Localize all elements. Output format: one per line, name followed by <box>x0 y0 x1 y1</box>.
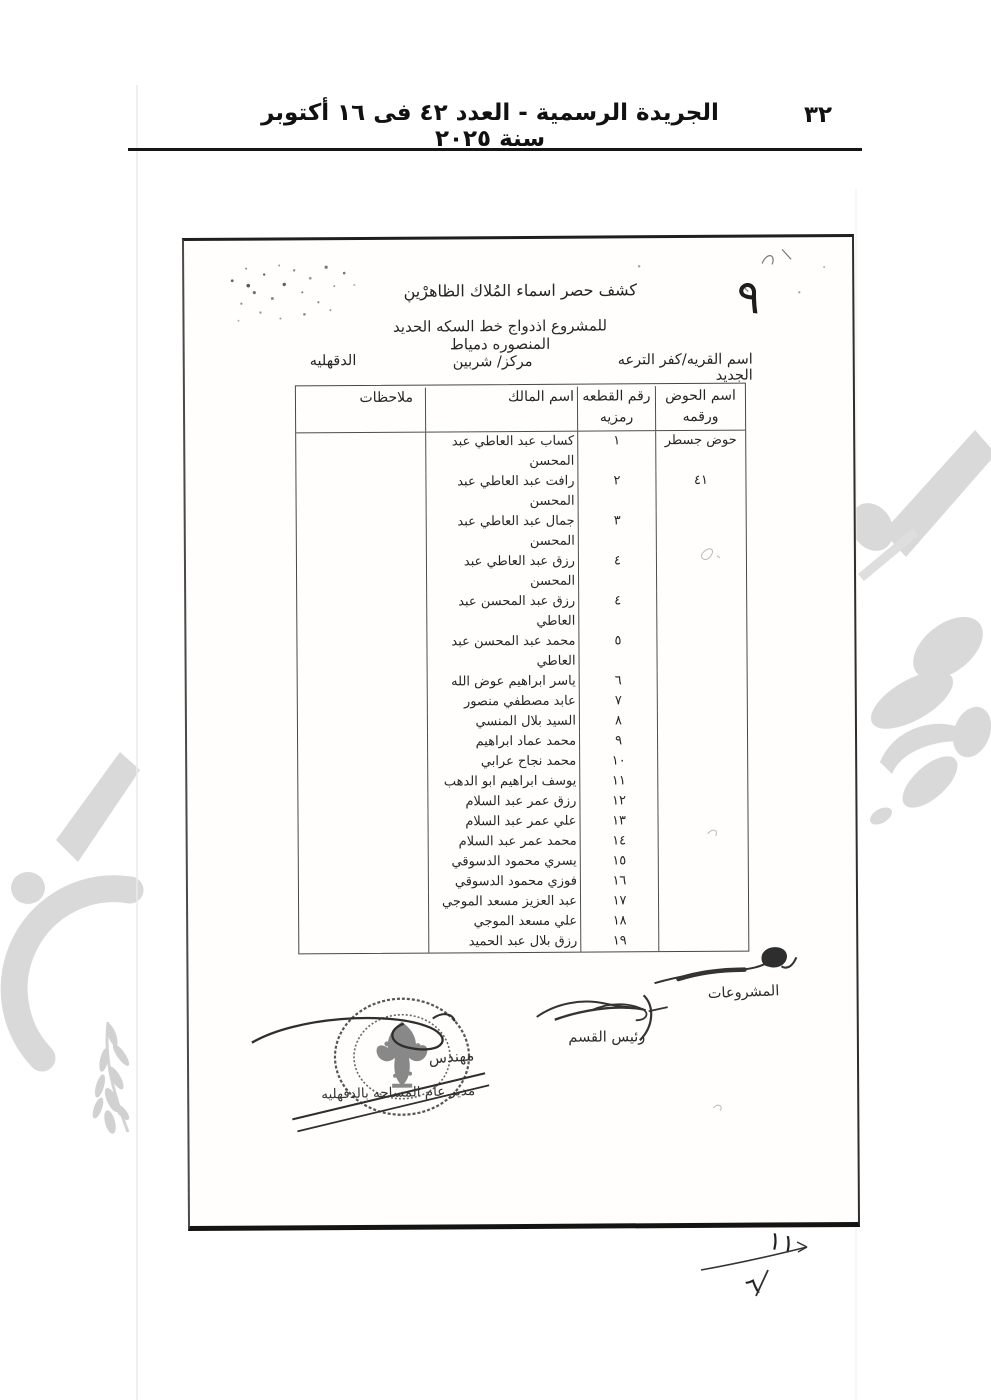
notes-cell <box>298 773 427 794</box>
basin-cell <box>658 851 748 872</box>
plot-number-cell: ١٩ <box>580 931 658 951</box>
notes-cell <box>299 893 428 914</box>
table-row: ٨ السيد بلال المنسي <box>298 711 747 734</box>
plot-number-cell: ١٦ <box>580 871 658 891</box>
engineer-note-text: مهندس <box>428 1046 475 1067</box>
table-row: ١٦ فوزي محمود الدسوقي <box>299 871 748 894</box>
gazette-header-title: الجريدة الرسمية - العدد ٤٢ فى ١٦ أكتوبر … <box>235 100 745 152</box>
table-row: ٥ محمد عبد المحسن عبد العاطي <box>297 631 746 674</box>
notes-cell <box>299 833 428 854</box>
owner-name-cell: علي مسعد الموجي <box>428 912 580 933</box>
plot-number-cell: ١ <box>577 431 655 471</box>
notes-cell <box>297 513 426 554</box>
notes-cell <box>298 733 427 754</box>
table-row: ١٠ محمد نجاح عرابي <box>298 751 747 774</box>
notes-cell <box>297 593 426 634</box>
basin-cell <box>658 891 748 912</box>
notes-cell <box>299 933 428 954</box>
basin-cell <box>657 711 747 732</box>
table-row: ٣ جمال عبد العاطي عبد المحسن <box>297 511 746 554</box>
plot-number-cell: ٧ <box>579 691 657 711</box>
owner-name-cell: ياسر ابراهيم عوض الله <box>427 672 579 693</box>
table-row: ١٢ رزق عمر عبد السلام <box>298 791 747 814</box>
basin-cell <box>656 511 746 552</box>
basin-cell <box>658 911 748 932</box>
plot-number-cell: ١٣ <box>579 811 657 831</box>
laurel-branch-watermark <box>90 1022 131 1135</box>
basin-cell <box>657 751 747 772</box>
owner-name-cell: عبد العزيز مسعد الموجي <box>428 892 580 913</box>
plot-number-cell: ٩ <box>579 731 657 751</box>
scanned-document: كشف حصر اسماء المُلاك الظاهرْين للمشروع … <box>182 234 860 1231</box>
notes-cell <box>298 753 427 774</box>
section-head-label: رئيس القسم <box>567 1029 647 1045</box>
notes-cell <box>299 873 428 894</box>
plot-number-cell: ١٤ <box>580 831 658 851</box>
table-row: ٤١ ٢ رافت عبد العاطي عبد المحسن <box>296 471 745 514</box>
owner-name-cell: علي عمر عبد السلام <box>427 812 579 833</box>
header-basin: اسم الحوض ورقمه <box>655 386 745 431</box>
basin-cell <box>657 791 747 812</box>
table-row: ١٧ عبد العزيز مسعد الموجي <box>299 891 748 914</box>
owner-name-cell: فوزي محمود الدسوقي <box>428 872 580 893</box>
plot-number-cell: ١٢ <box>579 791 657 811</box>
basin-cell <box>658 871 748 892</box>
basin-cell: ٤١ <box>655 471 745 512</box>
owner-name-cell: محمد عمر عبد السلام <box>428 832 580 853</box>
owner-name-cell: رافت عبد العاطي عبد المحسن <box>425 472 577 513</box>
basin-cell <box>656 551 746 592</box>
table-row: ٤ رزق عبد المحسن عبد العاطي <box>297 591 746 634</box>
plot-number-cell: ٤ <box>578 591 656 631</box>
owner-name-cell: رزق عمر عبد السلام <box>427 792 579 813</box>
plot-number-cell: ٨ <box>579 711 657 731</box>
basin-cell <box>657 671 747 692</box>
table-row: ١١ يوسف ابراهيم ابو الدهب <box>298 771 747 794</box>
projects-label: المشروعات <box>703 983 784 1002</box>
owner-name-cell: محمد عبد المحسن عبد العاطي <box>426 632 578 673</box>
owner-name-cell: جمال عبد العاطي عبد المحسن <box>426 512 578 553</box>
notes-cell <box>296 433 425 474</box>
gazette-page: { "colors": { "ink": "#222222", "waterma… <box>0 0 991 1400</box>
table-row: ١٣ علي عمر عبد السلام <box>298 811 747 834</box>
plot-number-cell: ١٨ <box>580 911 658 931</box>
handwritten-page-mark: ٩ <box>734 272 763 320</box>
owner-name-cell: كساب عبد العاطي عبد المحسن <box>425 432 577 473</box>
table-row: ٩ محمد عماد ابراهيم <box>298 731 747 754</box>
table-row: ٤ رزق عبد العاطي عبد المحسن <box>297 551 746 594</box>
village-name: اسم القريه/كفر الترعه الجديد <box>593 352 753 385</box>
plot-number-cell: ١٠ <box>579 751 657 771</box>
owner-name-cell: يسري محمود الدسوقي <box>428 852 580 873</box>
owner-name-cell: محمد نجاح عرابي <box>427 752 579 773</box>
notes-cell <box>298 793 427 814</box>
basin-cell <box>657 731 747 752</box>
plot-number-cell: ٦ <box>579 671 657 691</box>
official-stamp: مهندس <box>237 983 523 1165</box>
notes-cell <box>298 713 427 734</box>
plot-number-cell: ٥ <box>578 631 656 671</box>
page-number: ٣٢ <box>804 102 832 128</box>
basin-cell <box>656 631 746 672</box>
document-subtitle: للمشروع اذدواج خط السكه الحديد المنصوره … <box>362 316 637 354</box>
handwritten-fraction: ١١ ٦ <box>693 1220 833 1310</box>
basin-cell <box>657 771 747 792</box>
table-row: حوض جسطر ١ كساب عبد العاطي عبد المحسن <box>296 431 745 474</box>
basin-cell <box>657 811 747 832</box>
table-row: ١٤ محمد عمر عبد السلام <box>299 831 748 854</box>
eagle-emblem <box>376 1022 427 1088</box>
table-row: ١٥ يسري محمود الدسوقي <box>299 851 748 874</box>
plot-number-cell: ١٥ <box>580 851 658 871</box>
owners-table-header: اسم الحوض ورقمه رقم القطعه رمزيه اسم الم… <box>296 384 745 434</box>
owner-name-cell: السيد بلال المنسي <box>427 712 579 733</box>
header-notes: ملاحظات <box>296 388 425 433</box>
plot-number-cell: ٢ <box>577 471 655 511</box>
plot-number-cell: ٤ <box>578 551 656 591</box>
header-owner-name: اسم المالك <box>425 387 577 432</box>
owner-name-cell: رزق عبد المحسن عبد العاطي <box>426 592 578 633</box>
table-row: ٦ ياسر ابراهيم عوض الله <box>298 671 747 694</box>
plot-number-cell: ٣ <box>578 511 656 551</box>
notes-cell <box>299 853 428 874</box>
header-plot-number: رقم القطعه رمزيه <box>577 386 655 430</box>
notes-cell <box>297 553 426 594</box>
district-name: مركز/ شربين <box>453 354 533 370</box>
owner-name-cell: عابد مصطفي منصور <box>427 692 579 713</box>
plot-number-cell: ١٧ <box>580 891 658 911</box>
document-title: كشف حصر اسماء المُلاك الظاهرْين <box>400 280 640 300</box>
plot-number-cell: ١١ <box>579 771 657 791</box>
owner-name-cell: رزق بلال عبد الحميد <box>428 932 580 953</box>
owner-name-cell: محمد عماد ابراهيم <box>427 732 579 753</box>
notes-cell <box>298 813 427 834</box>
notes-cell <box>298 673 427 694</box>
basin-cell <box>656 591 746 632</box>
basin-cell <box>657 691 747 712</box>
table-row: ١٨ علي مسعد الموجي <box>299 911 748 934</box>
notes-cell <box>298 693 427 714</box>
fraction-top-text: ١١ <box>766 1226 798 1260</box>
owner-name-cell: يوسف ابراهيم ابو الدهب <box>427 772 579 793</box>
basin-cell: حوض جسطر <box>655 431 745 472</box>
owners-table: اسم الحوض ورقمه رقم القطعه رمزيه اسم الم… <box>295 383 749 955</box>
notes-cell <box>297 633 426 674</box>
header-rule <box>128 148 862 151</box>
notes-cell <box>296 473 425 514</box>
basin-cell <box>658 831 748 852</box>
owner-name-cell: رزق عبد العاطي عبد المحسن <box>426 552 578 593</box>
governorate-name: الدقهليه <box>310 353 357 369</box>
owners-table-body: حوض جسطر ١ كساب عبد العاطي عبد المحسن ٤١… <box>296 431 748 954</box>
notes-cell <box>299 913 428 934</box>
table-row: ٧ عابد مصطفي منصور <box>298 691 747 714</box>
